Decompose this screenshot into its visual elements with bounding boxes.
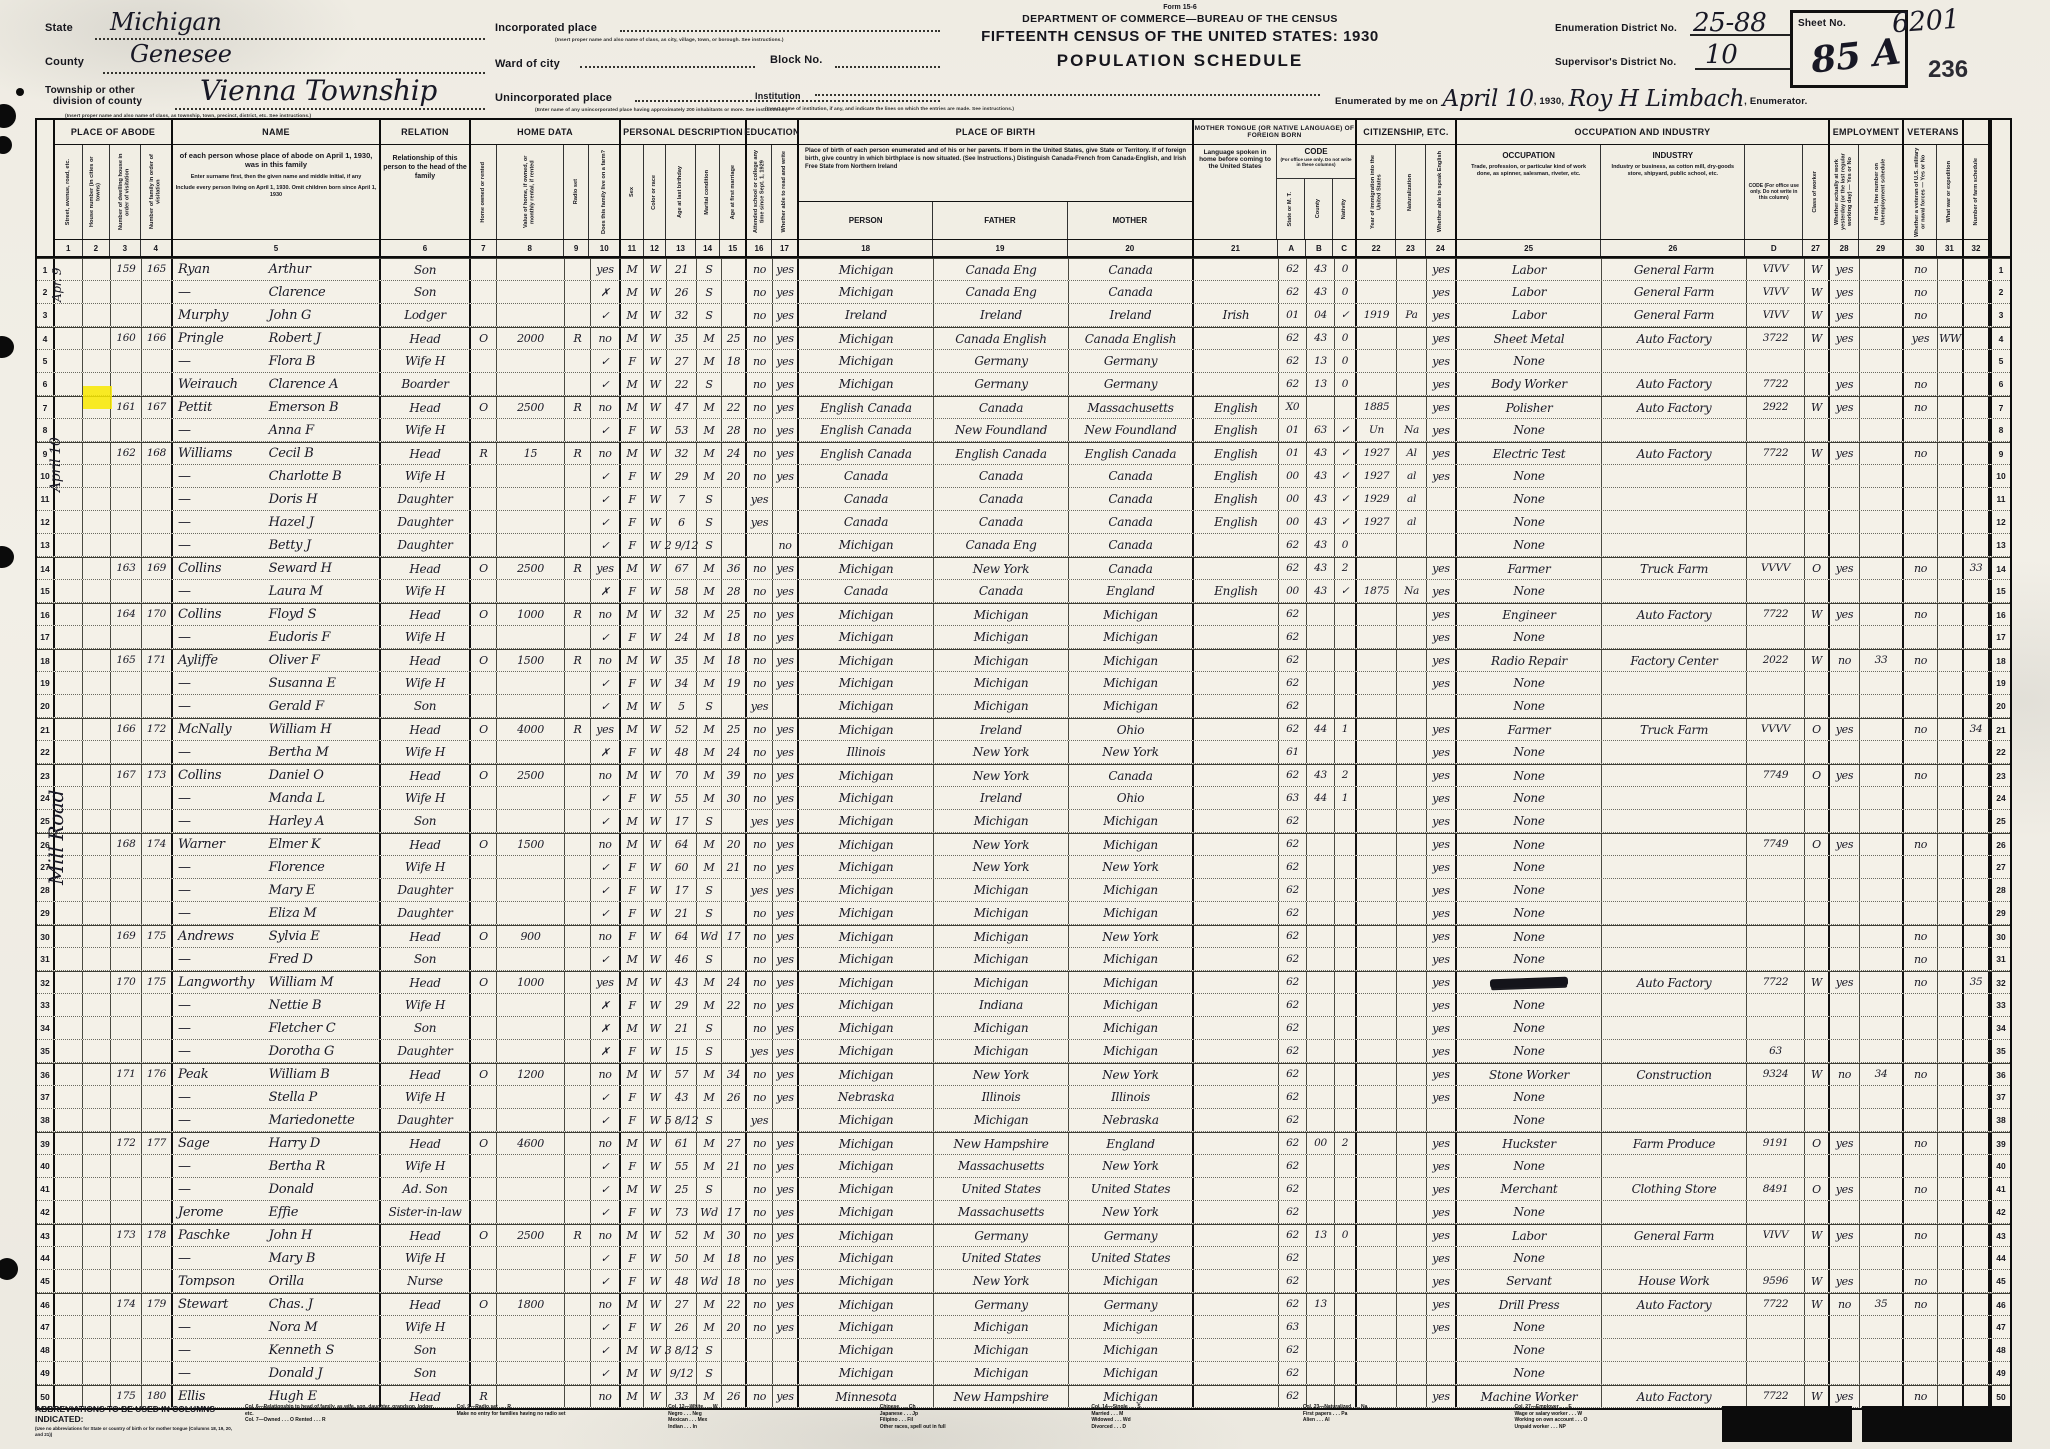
sheet-label: Sheet No. — [1798, 18, 1846, 29]
table-cell: ✓ — [1335, 304, 1357, 326]
col-header-occ: OCCUPATIONTrade, profession, or particul… — [1457, 145, 1601, 239]
margin-note-date-2: April 10 — [48, 390, 76, 540]
table-cell: W — [644, 1155, 667, 1177]
table-cell: no — [747, 259, 773, 280]
table-cell: 2 — [1335, 1133, 1357, 1154]
table-cell: 34 — [722, 1064, 747, 1085]
cell-value: F — [628, 1253, 635, 1264]
table-cell: W — [644, 1316, 667, 1338]
cell-value: yes — [1432, 1322, 1449, 1333]
cell-value: Illinois — [847, 746, 886, 758]
cell-value: F — [628, 1092, 635, 1103]
table-cell — [471, 373, 497, 395]
table-cell — [1397, 695, 1427, 717]
line-number-left: 5 — [37, 350, 55, 372]
table-cell: 34 — [667, 672, 697, 694]
cell-value: Wife H — [405, 1321, 445, 1333]
table-cell — [565, 511, 591, 533]
cell-value: ✓ — [601, 862, 610, 873]
line-number-right: 8 — [1990, 419, 2010, 441]
cell-value: 1500 — [517, 655, 544, 666]
table-cell: 43 — [1307, 281, 1335, 303]
table-cell — [83, 488, 111, 510]
cell-value: Michigan — [839, 861, 894, 873]
cell-value: 62 — [1286, 1230, 1299, 1241]
table-cell: yes — [1830, 719, 1860, 740]
table-cell: no — [591, 834, 621, 855]
table-cell — [565, 1178, 591, 1200]
col-header-read: Whether able to read and write — [772, 145, 797, 239]
table-cell: S — [697, 879, 722, 901]
cell-value: None — [1513, 631, 1544, 643]
cell-value: Canada Eng — [965, 264, 1036, 276]
cell-value: Minnesota — [835, 1391, 896, 1403]
table-cell — [83, 580, 111, 602]
table-cell: 174 — [142, 834, 173, 855]
cell-value: 43 — [1314, 333, 1327, 344]
table-cell: M — [621, 1225, 644, 1246]
table-row: 32170175LangworthyWilliam MHeadO1000yesM… — [37, 971, 2010, 994]
table-cell — [1357, 1201, 1397, 1223]
table-cell — [1602, 787, 1747, 809]
surname: McNally — [173, 722, 269, 737]
cell-value: W — [649, 793, 660, 804]
table-cell: yes — [591, 558, 621, 579]
table-cell: Canada — [934, 488, 1069, 510]
table-cell — [1194, 1017, 1279, 1039]
table-cell — [1860, 443, 1904, 464]
table-cell — [1860, 604, 1904, 625]
table-cell: no — [747, 719, 773, 740]
cell-value: Illinois — [982, 1091, 1021, 1103]
table-cell — [497, 948, 565, 970]
cell-value: Canada — [979, 470, 1023, 482]
table-cell: Michigan — [799, 350, 934, 372]
surname: — — [173, 1320, 269, 1335]
cell-value: Germany — [974, 378, 1027, 390]
cell-value: Michigan — [839, 1160, 894, 1172]
table-cell — [1747, 1316, 1805, 1338]
cell-value: 173 — [147, 770, 166, 781]
cell-value: yes — [1836, 563, 1853, 574]
table-cell: —Fletcher C — [173, 1017, 381, 1039]
cell-value: 17 — [727, 1207, 740, 1218]
cell-value: M — [704, 724, 715, 735]
table-cell — [1335, 1201, 1357, 1223]
table-cell: Michigan — [934, 972, 1069, 993]
cell-value: 35 — [1970, 977, 1983, 988]
cell-value: W — [649, 379, 660, 390]
table-cell: —Stella P — [173, 1086, 381, 1108]
cell-value: Head — [409, 839, 440, 851]
table-cell: None — [1457, 1017, 1602, 1039]
table-cell — [1747, 511, 1805, 533]
table-cell — [1904, 419, 1938, 441]
table-cell — [1397, 1270, 1427, 1292]
cell-value: no — [1914, 287, 1927, 298]
cell-value: Wife H — [405, 424, 445, 436]
cell-value: ✓ — [1341, 310, 1350, 321]
cell-value: English Canada — [820, 402, 911, 414]
cell-value: 0 — [1342, 379, 1348, 390]
table-cell: W — [1805, 972, 1830, 993]
table-cell — [111, 465, 142, 487]
cell-value: 1500 — [517, 839, 544, 850]
table-cell: Michigan — [799, 902, 934, 924]
hole-punch-icon — [0, 546, 14, 568]
cell-value: Michigan — [839, 264, 894, 276]
occ-title: INDUSTRY — [1653, 145, 1694, 160]
cell-value: 62 — [1286, 954, 1299, 965]
table-cell: 36 — [722, 558, 747, 579]
column-numbers: 181920 — [799, 239, 1192, 256]
table-cell: United States — [934, 1178, 1069, 1200]
cell-value: M — [627, 310, 638, 321]
table-cell: yes — [1427, 719, 1457, 740]
table-cell — [471, 1339, 497, 1361]
table-cell — [1357, 902, 1397, 924]
line-number-right: 44 — [1990, 1247, 2010, 1269]
cell-value: Un — [1369, 425, 1384, 436]
table-cell — [1602, 1040, 1747, 1062]
table-cell — [1194, 1086, 1279, 1108]
group-header: MOTHER TONGUE (OR NATIVE LANGUAGE) OF FO… — [1194, 120, 1357, 256]
cell-value: Al — [1406, 448, 1416, 459]
table-cell: M — [621, 397, 644, 418]
cell-value: W — [1811, 977, 1822, 988]
table-cell: yes — [773, 1294, 799, 1315]
cell-value: W — [1811, 1276, 1822, 1287]
table-cell: W — [644, 1133, 667, 1154]
table-cell — [1860, 994, 1904, 1016]
cell-value: F — [628, 540, 635, 551]
surname: — — [173, 354, 269, 369]
table-cell: yes — [773, 580, 799, 602]
cell-value: yes — [776, 1230, 793, 1241]
table-cell: M — [621, 1017, 644, 1039]
table-cell: 57 — [667, 1064, 697, 1085]
cell-value: ✓ — [601, 1184, 610, 1195]
cell-value: 7722 — [1763, 977, 1789, 988]
table-cell: W — [644, 902, 667, 924]
cell-value: W — [1811, 310, 1822, 321]
table-cell: yes — [1830, 1178, 1860, 1200]
given-name: William M — [269, 975, 334, 990]
table-cell: None — [1457, 534, 1602, 556]
table-cell — [1964, 373, 1990, 395]
table-cell: Michigan — [1069, 1362, 1194, 1384]
table-cell — [1938, 879, 1964, 901]
col-header-label: Color or race — [651, 175, 657, 210]
table-cell: W — [644, 1247, 667, 1269]
table-cell: Michigan — [799, 1017, 934, 1039]
table-cell: 2500 — [497, 1225, 565, 1246]
table-row: 25—Harley ASon✓MW17SyesyesMichiganMichig… — [37, 810, 2010, 833]
cell-value: Head — [409, 655, 440, 667]
cell-value: Michigan — [839, 1321, 894, 1333]
cell-value: yes — [1836, 977, 1853, 988]
table-cell — [111, 1086, 142, 1108]
table-cell — [1602, 1316, 1747, 1338]
table-cell — [1335, 948, 1357, 970]
table-cell — [1964, 902, 1990, 924]
table-cell: F — [621, 580, 644, 602]
township-line — [175, 108, 485, 110]
cell-value: Son — [414, 1022, 436, 1034]
footer-abbreviation-column: Col. 27—Employer . . . E Wage or salary … — [1514, 1404, 1712, 1430]
form-number: Form 15-6 — [960, 4, 1400, 11]
table-cell: yes — [1427, 1178, 1457, 1200]
table-cell — [83, 902, 111, 924]
cell-value: Wife H — [405, 631, 445, 643]
table-cell — [1964, 856, 1990, 878]
table-cell — [83, 626, 111, 648]
line-number-left: 45 — [37, 1270, 55, 1292]
table-cell — [497, 1339, 565, 1361]
table-cell: F — [621, 488, 644, 510]
cell-value: Canada Eng — [965, 539, 1036, 551]
cell-value: yes — [1432, 1299, 1449, 1310]
table-cell — [1194, 328, 1279, 349]
table-cell: Auto Factory — [1602, 373, 1747, 395]
table-cell — [1830, 1109, 1860, 1131]
cell-value: yes — [596, 264, 613, 275]
line-number-right: 49 — [1990, 1362, 2010, 1384]
cell-value: 165 — [116, 655, 135, 666]
table-cell: M — [621, 1064, 644, 1085]
table-cell: O — [471, 719, 497, 740]
table-cell — [1194, 281, 1279, 303]
surname: — — [173, 538, 269, 553]
cell-value: yes — [1432, 862, 1449, 873]
col-number-vet: 30 — [1904, 240, 1937, 256]
table-cell — [1397, 328, 1427, 349]
table-cell: W — [644, 926, 667, 947]
cell-value: 175 — [147, 931, 166, 942]
given-name: Bertha M — [269, 745, 329, 760]
col-number-cB: B — [1306, 240, 1334, 256]
cell-value: 2500 — [517, 1230, 544, 1241]
table-cell — [1805, 926, 1830, 947]
col-number-ind: 26 — [1601, 240, 1745, 256]
cell-value: no — [778, 540, 791, 551]
name-header-line: Enter surname first, then the given name… — [175, 174, 377, 181]
cell-value: 171 — [147, 655, 166, 666]
cell-value: yes — [1836, 724, 1853, 735]
table-cell — [55, 1086, 83, 1108]
cell-value: Michigan — [974, 609, 1029, 621]
cell-value: F — [628, 1207, 635, 1218]
table-cell — [471, 1086, 497, 1108]
table-cell: 32 — [667, 304, 697, 326]
table-cell — [1194, 1339, 1279, 1361]
cell-value: Germany — [974, 1299, 1027, 1311]
surname: — — [173, 883, 269, 898]
cell-value: Michigan — [974, 631, 1029, 643]
col-header-label: Home owned or rented — [480, 162, 486, 223]
table-cell — [55, 558, 83, 579]
table-cell — [1938, 1178, 1964, 1200]
table-cell: yes — [1427, 350, 1457, 372]
table-row: 16164170CollinsFloyd SHeadO1000RnoMW32M2… — [37, 603, 2010, 626]
table-cell: no — [747, 580, 773, 602]
table-cell: 170 — [142, 604, 173, 625]
table-row: 42JeromeEffieSister-in-law✓FW73Wd17noyes… — [37, 1201, 2010, 1224]
surname: Tompson — [173, 1274, 269, 1289]
cell-value: 167 — [147, 402, 166, 413]
cell-value: 01 — [1286, 310, 1299, 321]
table-cell: 62 — [1279, 879, 1307, 901]
cell-value: 18 — [727, 1253, 740, 1264]
cell-value: 43 — [1314, 517, 1327, 528]
cell-value: ✗ — [601, 747, 610, 758]
table-cell — [83, 834, 111, 855]
cell-value: yes — [776, 1299, 793, 1310]
table-cell — [1938, 741, 1964, 763]
cell-value: no — [753, 1322, 766, 1333]
cell-value: S — [705, 540, 712, 551]
table-cell — [1397, 1316, 1427, 1338]
table-cell: yes — [1830, 765, 1860, 786]
line-number-right: 3 — [1990, 304, 2010, 326]
table-cell — [1747, 580, 1805, 602]
table-cell — [722, 1040, 747, 1062]
table-cell — [1830, 994, 1860, 1016]
line-number-right: 35 — [1990, 1040, 2010, 1062]
table-cell: Germany — [934, 373, 1069, 395]
table-cell — [1397, 1225, 1427, 1246]
cell-value: 15 — [524, 448, 537, 459]
cell-value: M — [704, 448, 715, 459]
table-cell: 35 — [1964, 972, 1990, 993]
table-cell: Michigan — [799, 1316, 934, 1338]
table-cell — [497, 1270, 565, 1292]
table-cell: 62 — [1279, 1086, 1307, 1108]
table-cell — [142, 1178, 173, 1200]
table-row: 49—Donald JSon✓MW9/12SMichiganMichiganMi… — [37, 1362, 2010, 1385]
table-cell: Wife H — [381, 994, 471, 1016]
table-cell: PringleRobert J — [173, 328, 381, 349]
group-header: PLACE OF ABODEStreet, avenue, road, etc.… — [55, 120, 173, 256]
table-cell: no — [1904, 304, 1938, 326]
cell-value: M — [704, 1391, 715, 1402]
line-number-header-left — [37, 120, 55, 256]
surname: — — [173, 1113, 269, 1128]
table-cell: ✓ — [591, 534, 621, 556]
group-title: PLACE OF BIRTH — [799, 120, 1192, 145]
table-cell: M — [697, 1155, 722, 1177]
table-cell: Germany — [934, 1294, 1069, 1315]
table-cell — [1335, 1017, 1357, 1039]
cell-value: Michigan — [974, 1321, 1029, 1333]
cell-value: ✗ — [601, 1000, 610, 1011]
table-cell: 0 — [1335, 350, 1357, 372]
line-number-right: 25 — [1990, 810, 2010, 832]
group-title: RELATION — [381, 120, 469, 145]
col-header-own: Home owned or rented — [471, 145, 497, 239]
table-cell: 17 — [667, 879, 697, 901]
table-cell: W — [644, 604, 667, 625]
table-cell: Michigan — [799, 1178, 934, 1200]
table-cell: 19 — [722, 672, 747, 694]
table-cell — [1602, 695, 1747, 717]
table-cell: yes — [773, 1133, 799, 1154]
table-cell: yes — [1830, 1133, 1860, 1154]
cell-value: yes — [1432, 908, 1449, 919]
table-cell: New York — [934, 1064, 1069, 1085]
table-cell: yes — [747, 879, 773, 901]
table-cell — [1194, 650, 1279, 671]
cell-value: yes — [1836, 448, 1853, 459]
cell-value: F — [628, 1115, 635, 1126]
col-number-dwell: 3 — [110, 240, 140, 256]
cell-value: W — [649, 839, 660, 850]
table-cell: M — [697, 350, 722, 372]
cell-value: 20 — [727, 471, 740, 482]
table-row: 37—Stella PWife H✓FW43M26noyesNebraskaIl… — [37, 1086, 2010, 1109]
cell-value: Auto Factory — [1637, 609, 1712, 621]
table-cell: Michigan — [1069, 994, 1194, 1016]
col-header-label: Whether able to speak English — [1437, 151, 1443, 232]
cell-value: no — [753, 471, 766, 482]
cell-value: yes — [1432, 425, 1449, 436]
cell-value: Wife H — [405, 1160, 445, 1172]
table-cell: S — [697, 259, 722, 280]
table-cell: W — [644, 695, 667, 717]
cell-value: M — [704, 425, 715, 436]
name-header-line: Include every person living on April 1, … — [175, 185, 377, 199]
cell-value: ✓ — [601, 517, 610, 528]
table-cell: M — [621, 1178, 644, 1200]
table-cell — [1860, 1109, 1904, 1131]
table-cell — [1194, 948, 1279, 970]
table-cell: F — [621, 1040, 644, 1062]
cell-value: Michigan — [839, 1183, 894, 1195]
table-cell — [83, 1316, 111, 1338]
table-cell: New York — [1069, 1155, 1194, 1177]
table-cell — [1805, 488, 1830, 510]
cell-value: yes — [1432, 678, 1449, 689]
table-cell: M — [621, 443, 644, 464]
surname: Jerome — [173, 1205, 269, 1220]
table-cell: —Mary E — [173, 879, 381, 901]
enumerated-prefix: Enumerated by me on — [1335, 96, 1438, 107]
table-cell: 8491 — [1747, 1178, 1805, 1200]
table-cell: 63 — [1279, 787, 1307, 809]
cell-value: 62 — [1286, 1368, 1299, 1379]
table-cell — [1602, 1155, 1747, 1177]
table-cell: ✗ — [591, 281, 621, 303]
cell-value: 15 — [675, 1046, 688, 1057]
table-cell — [1805, 810, 1830, 832]
cell-value: 180 — [147, 1391, 166, 1402]
cell-value: S — [705, 816, 712, 827]
footer-abbreviation-column: Col. 14—Single . . . S Married . . . M W… — [1091, 1404, 1289, 1430]
line-number-left: 16 — [37, 604, 55, 625]
table-cell — [1194, 1225, 1279, 1246]
table-cell — [111, 488, 142, 510]
cell-value: F — [628, 586, 635, 597]
table-cell — [1307, 1178, 1335, 1200]
table-cell: S — [697, 488, 722, 510]
cell-value: 170 — [116, 977, 135, 988]
table-cell: Michigan — [1069, 810, 1194, 832]
margin-note-date-1: Apr. 9 — [50, 252, 76, 318]
table-cell — [1860, 328, 1904, 349]
given-name: Chas. J — [269, 1297, 313, 1312]
table-cell — [1335, 856, 1357, 878]
table-cell — [1904, 626, 1938, 648]
